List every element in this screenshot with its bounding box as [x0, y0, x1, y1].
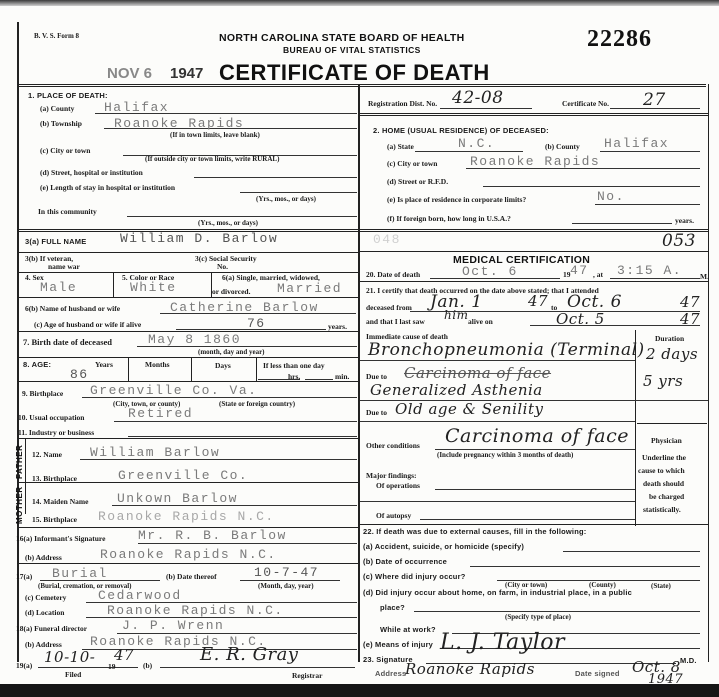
occurrence-line [470, 566, 700, 567]
place-hint: (Specify type of place) [505, 613, 571, 621]
months-label: Months [145, 360, 170, 369]
certificate-serial: 22286 [587, 26, 652, 53]
registrar-signature: E. R. Gray [200, 644, 298, 665]
township-hint: (If in town limits, leave blank) [170, 131, 260, 139]
agency-name: NORTH CAROLINA STATE BOARD OF HEALTH [219, 32, 464, 44]
burial-date-line [240, 580, 340, 581]
other-conditions-hint: (Include pregnancy within 3 months of de… [437, 451, 573, 459]
registration-dist-value: 42-08 [452, 88, 504, 108]
occurrence-label: (b) Date of occurrence [363, 557, 447, 566]
mother-birthplace-label: 15. Birthplace [32, 515, 77, 524]
res-county-line [600, 151, 700, 152]
informant-signature-line [138, 543, 357, 544]
date-signed-label: Date signed [575, 669, 620, 678]
age-label: 8. AGE: [23, 360, 51, 369]
registrar-label: (b) [143, 661, 152, 670]
informant-address-label: (b) Address [25, 553, 62, 562]
physician-box-title: Physician [651, 436, 682, 445]
res-county-value: Halifax [604, 136, 669, 151]
due-to-2-value: Old age & Senility [395, 400, 543, 418]
mother-tab-label: MOTHER [15, 484, 24, 524]
scan-top-edge [0, 0, 719, 6]
physician-box-line-2: cause to which [638, 466, 685, 475]
mother-maiden-value: Unkown Barlow [117, 491, 238, 506]
cause-line [360, 421, 635, 422]
community-line [127, 216, 357, 217]
findings-label: Major findings: [366, 471, 417, 480]
occupation-value: Retired [128, 406, 193, 421]
spouse-value: Catherine Barlow [170, 300, 319, 315]
registrar-caption: Registrar [292, 671, 322, 680]
disposition-label: 17(a) [16, 572, 32, 581]
place-label-2: place? [380, 603, 405, 612]
col-divider [191, 357, 192, 381]
time-line [610, 278, 700, 279]
col-divider [128, 357, 129, 381]
certifier-address-label: Address [375, 669, 406, 678]
min-line [305, 379, 333, 380]
date-of-death-label: 20. Date of death [366, 270, 420, 279]
res-corporate-label: (e) Is place of residence in corporate l… [387, 195, 526, 204]
parent-tab-divider [25, 438, 26, 514]
disposition-value: Burial [52, 566, 108, 581]
sex-value: Male [40, 280, 77, 295]
filed-year: 47 [114, 646, 134, 664]
community-hint: (Yrs., mos., or days) [198, 219, 258, 227]
last-saw-pronoun: him [444, 308, 468, 322]
res-county-label: (b) County [545, 142, 580, 151]
due-to-1-value: Generalized Asthenia [370, 381, 543, 399]
index-code: 053 [662, 231, 696, 251]
col-divider [256, 357, 257, 381]
filed-date: 10-10- [44, 648, 95, 666]
cemetery-value: Cedarwood [98, 588, 182, 603]
place-line [414, 611, 700, 612]
mother-birthplace-value: Roanoke Rapids N.C. [98, 509, 275, 524]
father-birthplace-label: 13. Birthplace [32, 474, 77, 483]
where-hint-state: (State) [651, 582, 671, 590]
due-to-2-label: Due to [366, 408, 387, 417]
filing-stamp-date: NOV 6 [107, 65, 152, 82]
physician-box-top [637, 423, 707, 424]
findings-line [360, 501, 635, 502]
res-city-label: (c) City or town [387, 159, 437, 168]
physician-box-line-1: Underline the [642, 453, 686, 462]
registration-dist-line [440, 108, 532, 109]
spouse-age-label: (c) Age of husband or wife if alive [34, 320, 141, 329]
row-divider [18, 297, 358, 298]
autopsy-line [420, 519, 635, 520]
filed-caption: Filed [65, 670, 81, 679]
father-name-label: 12. Name [32, 450, 62, 459]
res-city-value: Roanoke Rapids [470, 154, 600, 169]
physician-box-line-3: death should [643, 479, 684, 488]
row-divider [18, 252, 358, 253]
township-value: Roanoke Rapids [114, 116, 244, 131]
col-divider [113, 272, 114, 297]
operations-label: Of operations [376, 481, 420, 490]
location-label: (d) Location [25, 608, 64, 617]
less-day-label: If less than one day [263, 361, 325, 370]
spouse-age-unit: years. [328, 322, 347, 331]
father-birthplace-value: Greenville Co. [118, 468, 248, 483]
registration-divider [360, 113, 708, 116]
due-to-1-label: Due to [366, 372, 387, 381]
full-name-label: 3(a) FULL NAME [25, 237, 86, 246]
frame-left [17, 22, 19, 662]
hrs-label: hrs. [288, 372, 300, 381]
stay-label: (e) Length of stay in hospital or instit… [40, 183, 175, 192]
time-suffix: M. [700, 272, 709, 281]
filed-label: 19(a) [16, 661, 32, 670]
res-foreign-unit: years. [675, 216, 694, 225]
informant-signature-value: Mr. R. B. Barlow [138, 528, 287, 543]
place-label-1: (d) Did injury occur about home, on farm… [363, 588, 632, 597]
physician-box-line-5: statistically. [643, 505, 681, 514]
certifier-signature: L. J. Taylor [440, 630, 565, 655]
immediate-duration-value: 2 days [646, 345, 698, 363]
row-divider [18, 357, 358, 358]
form-id: B. V. S. Form 8 [34, 32, 79, 40]
registration-dist-label: Registration Dist. No. [368, 99, 437, 108]
res-state-line [415, 151, 523, 152]
due-to-1-duration: 5 yrs [643, 372, 683, 390]
marital-label-2: or divorced. [212, 287, 250, 296]
attended-from-label: deceased from [366, 303, 412, 312]
res-corporate-value: No. [597, 189, 625, 204]
stay-line [240, 192, 357, 193]
informant-signature-label: 16(a) Informant's Signature [16, 534, 105, 543]
faint-code: 048 [373, 232, 401, 247]
due-to-1-struck: Carcinoma of face [404, 364, 551, 382]
location-value: Roanoke Rapids N.C. [107, 603, 284, 618]
res-state-label: (a) State [387, 142, 414, 151]
filed-line [38, 667, 138, 668]
burial-date-hint: (Month, day, year) [258, 582, 314, 590]
birthplace-label: 9. Birthplace [22, 389, 63, 398]
accident-line [563, 551, 700, 552]
cemetery-label: (c) Cemetery [25, 593, 66, 602]
other-conditions-label: Other conditions [366, 441, 420, 450]
birth-date-hint: (month, day and year) [198, 348, 265, 356]
residence-heading: 2. HOME (USUAL RESIDENCE) OF DECEASED: [373, 126, 549, 135]
city-label: (c) City or town [40, 146, 90, 155]
frame-center [358, 84, 360, 662]
at-label: , at [593, 270, 603, 279]
cause-line [360, 360, 635, 361]
min-label: min. [335, 372, 349, 381]
attended-to-value: Oct. 6 [567, 292, 622, 312]
occupation-line [114, 421, 357, 422]
birth-date-value: May 8 1860 [148, 332, 241, 347]
last-saw-date: Oct. 5 [556, 310, 605, 328]
row-divider [360, 281, 708, 282]
attended-from-year: 47 [528, 292, 548, 310]
burial-date-value: 10-7-47 [254, 565, 319, 580]
last-saw-label-2: alive on [468, 317, 493, 326]
row-divider [18, 381, 358, 382]
work-label: While at work? [380, 625, 436, 634]
accident-label: (a) Accident, suicide, or homicide (spec… [363, 542, 524, 551]
death-certificate: B. V. S. Form 8 NORTH CAROLINA STATE BOA… [0, 0, 719, 697]
means-label: (e) Means of injury [363, 640, 433, 649]
physician-box-line-4: be charged [649, 492, 684, 501]
county-value: Halifax [104, 100, 169, 115]
birth-date-label: 7. Birth date of deceased [23, 337, 112, 347]
header-divider [18, 84, 706, 87]
full-name-value: William D. Barlow [120, 231, 278, 246]
other-conditions-value: Carcinoma of face [445, 425, 629, 447]
frame-right [708, 84, 709, 662]
bureau-name: BUREAU OF VITAL STATISTICS [283, 45, 421, 55]
county-label: (a) County [40, 104, 74, 113]
community-label: In this community [38, 207, 97, 216]
registrar-line [160, 667, 355, 668]
township-label: (b) Township [40, 119, 82, 128]
certificate-no-label: Certificate No. [562, 99, 609, 108]
stay-hint: (Yrs., mos., or days) [256, 195, 316, 203]
duration-label: Duration [655, 334, 684, 343]
res-foreign-label: (f) If foreign born, how long in U.S.A.? [387, 214, 511, 223]
where-label: (c) Where did injury occur? [363, 572, 466, 581]
city-hint: (If outside city or town limits, write R… [145, 155, 279, 163]
funeral-director-value: J. P. Wrenn [122, 618, 224, 633]
time-value: 3:15 A. [617, 263, 682, 278]
veteran-label-2: name war [48, 262, 80, 271]
industry-label: 11. Industry or business [18, 428, 94, 437]
row-divider [18, 438, 358, 439]
spouse-age-value: 76 [247, 316, 266, 331]
death-year-value: 47 [570, 263, 589, 278]
md-suffix: M.D. [680, 656, 697, 665]
street-label: (d) Street, hospital or institution [40, 168, 143, 177]
row-divider [360, 524, 708, 525]
res-state-value: N.C. [458, 136, 495, 151]
last-saw-year: 47 [680, 310, 700, 328]
father-tab-label: FATHER [15, 441, 24, 479]
certificate-no-value: 27 [643, 90, 666, 110]
age-years-value: 86 [70, 367, 89, 382]
res-corporate-line [595, 204, 700, 205]
birthplace-value: Greenville Co. Va. [90, 383, 257, 398]
marital-value: Married [277, 281, 342, 296]
occupation-label: 10. Usual occupation [18, 413, 84, 422]
industry-line [128, 436, 357, 437]
immediate-cause-value: Bronchopneumonia (Terminal) [368, 340, 645, 360]
res-foreign-line [572, 223, 672, 224]
certifier-address: Roanoke Rapids [405, 660, 535, 678]
other-conditions-line [435, 449, 635, 450]
external-heading: 22. If death was due to external causes,… [363, 527, 586, 536]
res-street-line [483, 186, 700, 187]
father-name-value: William Barlow [90, 445, 220, 460]
burial-date-label: (b) Date thereof [166, 572, 217, 581]
date-of-death-value: Oct. 6 [462, 264, 518, 279]
document-title: CERTIFICATE OF DEATH [219, 60, 490, 86]
attended-to-year: 47 [680, 293, 700, 311]
autopsy-label: Of autopsy [376, 511, 411, 520]
race-value: White [130, 280, 177, 295]
informant-address-value: Roanoke Rapids N.C. [100, 547, 277, 562]
street-line [194, 177, 357, 178]
res-street-label: (d) Street or R.F.D. [387, 177, 448, 186]
filing-stamp-year: 1947 [170, 65, 203, 82]
spouse-label: 6(b) Name of husband or wife [25, 304, 120, 313]
birthplace-hint-state: (State or foreign country) [219, 400, 295, 408]
days-label: Days [215, 361, 231, 370]
funeral-director-label: 18(a) Funeral director [16, 624, 87, 633]
row-divider [360, 251, 708, 252]
last-saw-label: and that I last saw [366, 317, 425, 326]
operations-line [435, 489, 635, 490]
scan-bottom-edge [0, 684, 719, 697]
mother-maiden-label: 14. Maiden Name [32, 497, 88, 506]
row-divider [18, 563, 358, 564]
years-label: Years [95, 360, 113, 369]
place-of-death-heading: 1. PLACE OF DEATH: [28, 91, 108, 100]
ssn-label-2: No. [217, 262, 228, 271]
